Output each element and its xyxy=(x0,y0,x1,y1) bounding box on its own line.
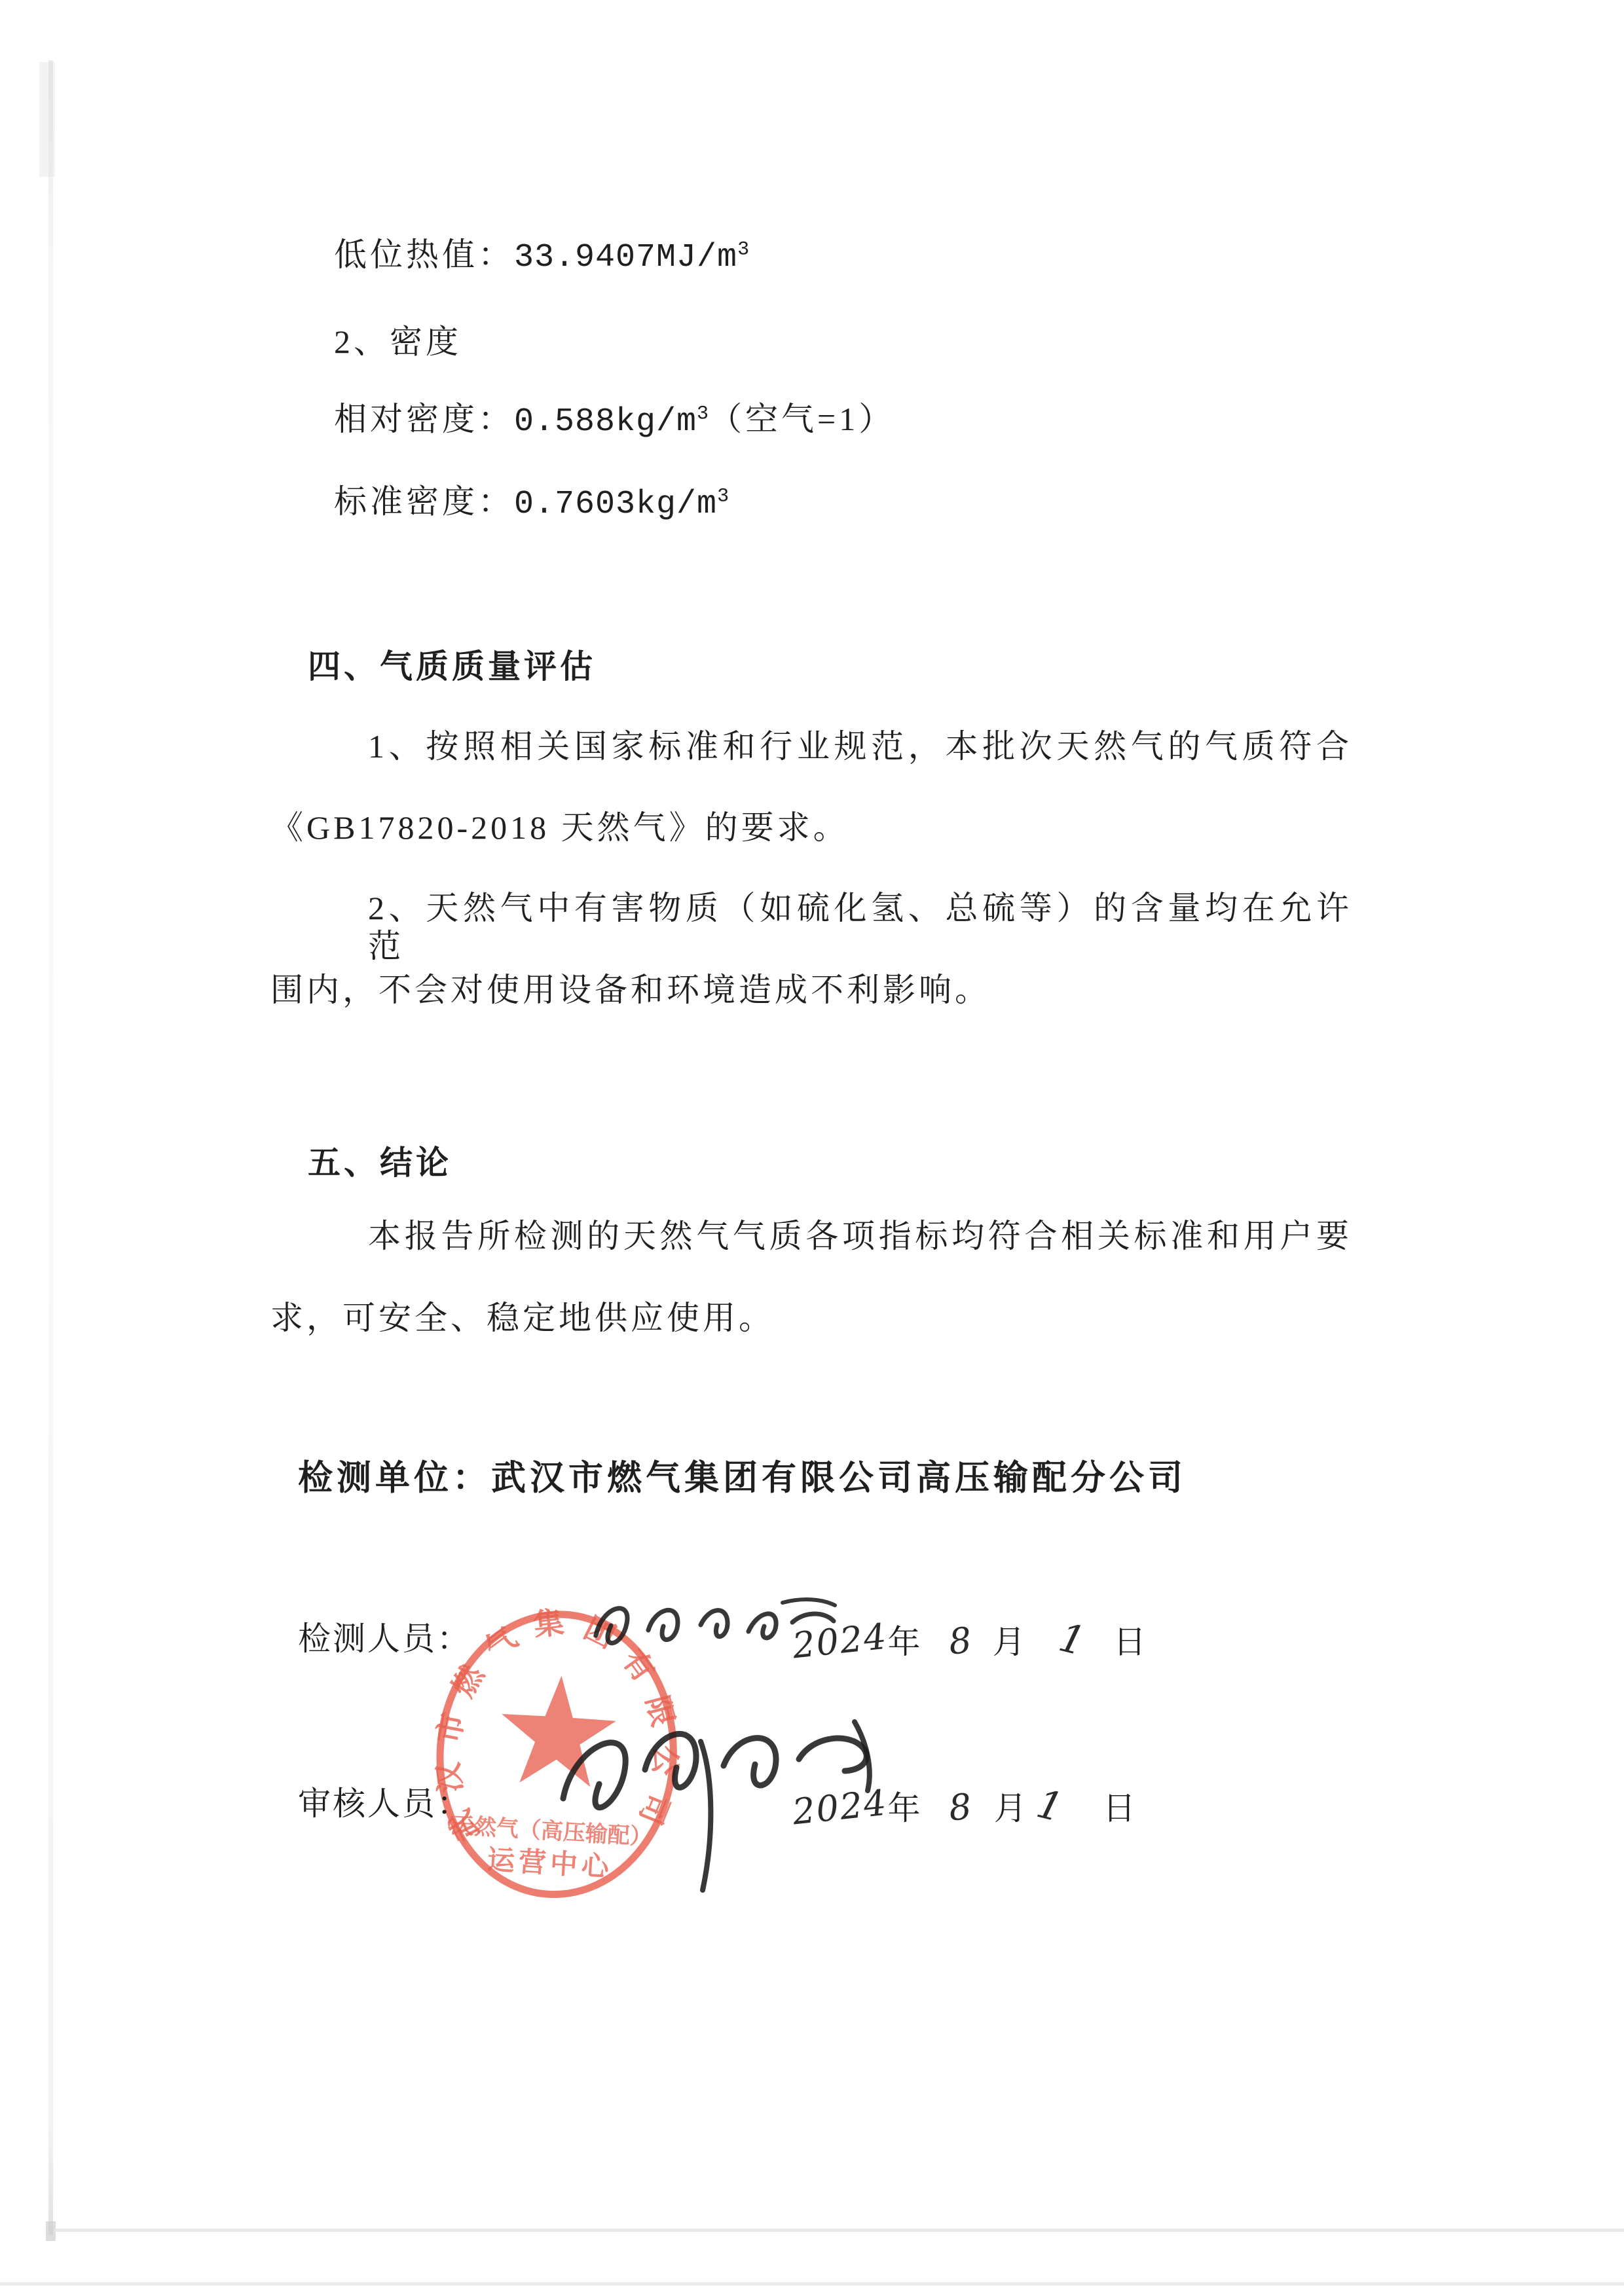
scanned-report-page: 低位热值：33.9407MJ/m3 2、密度 相对密度：0.588kg/m3（空… xyxy=(0,0,1624,2296)
reviewer-date-day: 1 xyxy=(1032,1781,1069,1832)
section5-line2: 求，可安全、稳定地供应使用。 xyxy=(270,1300,775,1338)
section5-line1: 本报告所检测的天然气气质各项指标均符合相关标准和用户要 xyxy=(368,1218,1352,1256)
section5-heading: 五、结论 xyxy=(308,1144,452,1182)
heating-value-label: 低位热值： xyxy=(334,236,514,273)
standard-density-number: 0.7603kg/m xyxy=(514,486,717,523)
tester-date-month: 8 xyxy=(947,1619,975,1662)
scan-edge-vertical-line xyxy=(48,60,53,2235)
heating-value-number: 33.9407MJ/m xyxy=(514,239,737,276)
tester-date-month-unit: 月 xyxy=(993,1616,1027,1663)
reviewer-date-row: 2024年8月1日 xyxy=(792,1782,1137,1829)
tester-date-year: 2024 xyxy=(790,1616,889,1667)
tester-date-day: 1 xyxy=(1054,1614,1091,1666)
density-item-text: 2、密度 xyxy=(334,323,462,360)
reviewer-date-year-unit: 年 xyxy=(887,1782,921,1829)
reviewer-date-month: 8 xyxy=(947,1785,975,1829)
relative-density-label: 相对密度： xyxy=(334,401,514,437)
section4-para1-line1: 1、按照相关国家标准和行业规范，本批次天然气的气质符合 xyxy=(368,728,1352,766)
reviewer-date-month-unit: 月 xyxy=(994,1782,1028,1829)
scan-bottom-band xyxy=(0,2282,1624,2286)
section4-para2-line2: 围内，不会对使用设备和环境造成不利影响。 xyxy=(270,972,991,1010)
tester-date-day-unit: 日 xyxy=(1113,1616,1147,1663)
cubic-meter-superscript: 3 xyxy=(717,485,729,507)
standard-density-label: 标准密度： xyxy=(334,483,514,520)
cubic-meter-superscript: 3 xyxy=(737,238,750,261)
reviewer-label: 审核人员： xyxy=(298,1785,471,1823)
testing-unit-line: 检测单位：武汉市燃气集团有限公司高压输配分公司 xyxy=(298,1459,1187,1499)
relative-density-number: 0.588kg/m xyxy=(514,403,697,441)
reviewer-date-year: 2024 xyxy=(790,1782,889,1833)
heating-value-line: 低位热值：33.9407MJ/m3 xyxy=(334,236,750,277)
standard-density-line: 标准密度：0.7603kg/m3 xyxy=(334,483,729,524)
section4-para2-line1: 2、天然气中有害物质（如硫化氢、总硫等）的含量均在允许范 xyxy=(368,890,1352,965)
tester-date-row: 2024年8月1日 xyxy=(792,1616,1147,1663)
tester-label: 检测人员： xyxy=(298,1620,471,1658)
section4-para1-line2: 《GB17820-2018 天然气》的要求。 xyxy=(270,809,849,847)
tester-date-year-unit: 年 xyxy=(887,1616,921,1663)
reviewer-date-day-unit: 日 xyxy=(1103,1782,1137,1829)
relative-density-note: （空气=1） xyxy=(709,401,895,437)
relative-density-line: 相对密度：0.588kg/m3（空气=1） xyxy=(334,401,895,441)
scan-edge-horizontal-line xyxy=(54,2229,1624,2232)
cubic-meter-superscript: 3 xyxy=(697,403,709,425)
density-item-line: 2、密度 xyxy=(334,323,462,361)
section4-heading: 四、气质质量评估 xyxy=(308,648,596,686)
